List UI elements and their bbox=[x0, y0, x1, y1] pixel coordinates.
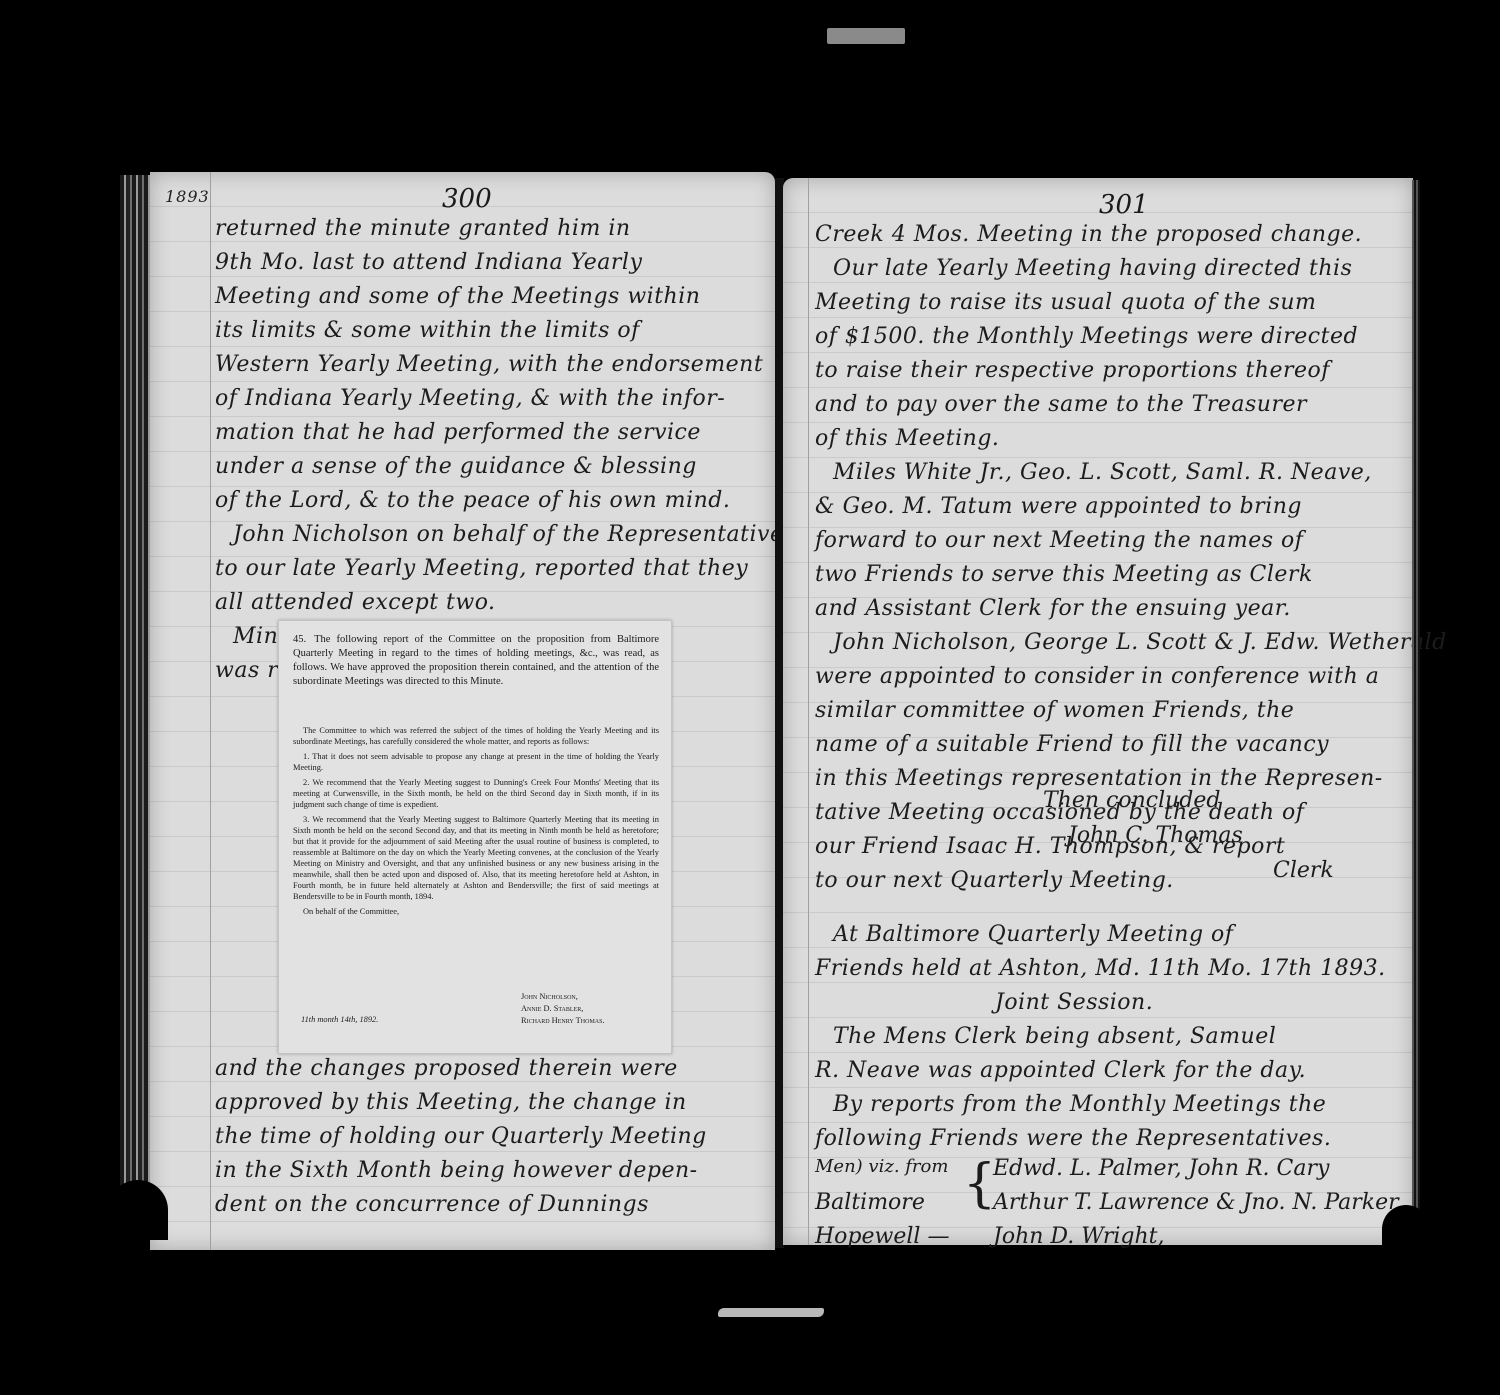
printed-minute-clipping: 45.The following report of the Committee… bbox=[278, 620, 672, 1054]
text-line: Miles White Jr., Geo. L. Scott, Saml. R.… bbox=[815, 456, 1405, 490]
margin-rule bbox=[210, 172, 211, 1250]
text-line: John Nicholson, George L. Scott & J. Edw… bbox=[815, 626, 1405, 660]
clerk-signature: John C. Thomas bbox=[1068, 823, 1243, 848]
text-line: following Friends were the Representativ… bbox=[815, 1122, 1405, 1156]
text-line: & Geo. M. Tatum were appointed to bring bbox=[815, 490, 1405, 524]
meeting-hopewell: Hopewell — bbox=[815, 1224, 949, 1249]
text-line: name of a suitable Friend to fill the va… bbox=[815, 728, 1405, 762]
margin-rule bbox=[808, 178, 809, 1245]
signatory: John Nicholson, bbox=[521, 991, 605, 1003]
brace-icon: { bbox=[963, 1158, 996, 1210]
baltimore-representatives: Edwd. L. Palmer, John R. Cary bbox=[993, 1156, 1329, 1181]
signatory: Richard Henry Thomas. bbox=[521, 1015, 605, 1027]
minute-number: 45. bbox=[293, 634, 306, 645]
clipping-paragraph: On behalf of the Committee, bbox=[293, 906, 659, 917]
heading-line: Friends held at Ashton, Md. 11th Mo. 17t… bbox=[815, 952, 1405, 986]
clipping-heading-text: The following report of the Committee on… bbox=[293, 634, 659, 687]
bottom-tab-marker bbox=[718, 1308, 824, 1317]
clipping-paragraph: 3. We recommend that the Yearly Meeting … bbox=[293, 814, 659, 902]
clipping-body: The Committee to which was referred the … bbox=[293, 725, 659, 921]
text-line: John Nicholson on behalf of the Represen… bbox=[215, 518, 765, 552]
year-annotation: 1893 bbox=[165, 187, 210, 206]
text-line: Meeting to raise its usual quota of the … bbox=[815, 286, 1405, 320]
text-line: and to pay over the same to the Treasure… bbox=[815, 388, 1405, 422]
text-line: under a sense of the guidance & blessing bbox=[215, 450, 765, 484]
text-line: to our late Yearly Meeting, reported tha… bbox=[215, 552, 765, 586]
session-subheading: Joint Session. bbox=[815, 986, 1405, 1020]
hopewell-representatives: John D. Wright, bbox=[993, 1224, 1165, 1249]
right-page: 301 Creek 4 Mos. Meeting in the proposed… bbox=[783, 178, 1413, 1245]
text-line: By reports from the Monthly Meetings the bbox=[815, 1088, 1405, 1122]
text-line: approved by this Meeting, the change in bbox=[215, 1086, 765, 1120]
joint-session-heading: At Baltimore Quarterly Meeting of Friend… bbox=[815, 918, 1405, 1156]
thumb-shadow-right bbox=[1382, 1205, 1430, 1253]
text-line: of Indiana Yearly Meeting, & with the in… bbox=[215, 382, 765, 416]
book-page-edges-right bbox=[1412, 180, 1420, 1240]
left-page-handwriting-bottom: and the changes proposed therein were ap… bbox=[215, 1052, 765, 1222]
text-line: all attended except two. bbox=[215, 586, 765, 620]
book-binding-left bbox=[120, 175, 150, 1235]
text-line: mation that he had performed the service bbox=[215, 416, 765, 450]
clipping-paragraph: 2. We recommend that the Yearly Meeting … bbox=[293, 777, 659, 810]
text-line: of this Meeting. bbox=[815, 422, 1405, 456]
clipping-heading: 45.The following report of the Committee… bbox=[293, 633, 659, 689]
text-line: forward to our next Meeting the names of bbox=[815, 524, 1405, 558]
text-line: of $1500. the Monthly Meetings were dire… bbox=[815, 320, 1405, 354]
text-line: R. Neave was appointed Clerk for the day… bbox=[815, 1054, 1405, 1088]
text-line: two Friends to serve this Meeting as Cle… bbox=[815, 558, 1405, 592]
text-line: were appointed to consider in conference… bbox=[815, 660, 1405, 694]
signatory: Annie D. Stabler, bbox=[521, 1003, 605, 1015]
clipping-signatories: John Nicholson, Annie D. Stabler, Richar… bbox=[521, 991, 605, 1027]
text-line: 9th Mo. last to attend Indiana Yearly bbox=[215, 246, 765, 280]
baltimore-representatives: Arthur T. Lawrence & Jno. N. Parker bbox=[993, 1190, 1399, 1215]
text-line: and the changes proposed therein were bbox=[215, 1052, 765, 1086]
text-line: Our late Yearly Meeting having directed … bbox=[815, 252, 1405, 286]
top-tab-marker bbox=[827, 28, 905, 44]
text-line: Creek 4 Mos. Meeting in the proposed cha… bbox=[815, 218, 1405, 252]
left-page: 1893 300 returned the minute granted him… bbox=[150, 172, 775, 1250]
representatives-intro: Men) viz. from bbox=[815, 1156, 948, 1177]
text-line: dent on the concurrence of Dunnings bbox=[215, 1188, 765, 1222]
text-line: its limits & some within the limits of bbox=[215, 314, 765, 348]
page-number: 300 bbox=[442, 184, 492, 214]
representatives-list: Men) viz. from Baltimore { Edwd. L. Palm… bbox=[815, 1156, 1405, 1266]
left-page-handwriting-top: returned the minute granted him in 9th M… bbox=[215, 212, 765, 688]
text-line: of the Lord, & to the peace of his own m… bbox=[215, 484, 765, 518]
text-line: The Mens Clerk being absent, Samuel bbox=[815, 1020, 1405, 1054]
text-line: returned the minute granted him in bbox=[215, 212, 765, 246]
heading-line: At Baltimore Quarterly Meeting of bbox=[815, 918, 1405, 952]
clipping-date: 11th month 14th, 1892. bbox=[301, 1015, 378, 1024]
text-line: and Assistant Clerk for the ensuing year… bbox=[815, 592, 1405, 626]
text-line: to raise their respective proportions th… bbox=[815, 354, 1405, 388]
clipping-paragraph: 1. That it does not seem advisable to pr… bbox=[293, 751, 659, 773]
thumb-shadow-left bbox=[108, 1180, 168, 1240]
text-line: Meeting and some of the Meetings within bbox=[215, 280, 765, 314]
text-line: in the Sixth Month being however depen- bbox=[215, 1154, 765, 1188]
text-line: Western Yearly Meeting, with the endorse… bbox=[215, 348, 765, 382]
closing-line: Then concluded bbox=[1043, 788, 1220, 813]
text-line: similar committee of women Friends, the bbox=[815, 694, 1405, 728]
meeting-baltimore: Baltimore bbox=[815, 1190, 925, 1215]
page-number: 301 bbox=[1099, 190, 1149, 220]
text-line: the time of holding our Quarterly Meetin… bbox=[215, 1120, 765, 1154]
clerk-title: Clerk bbox=[1273, 858, 1334, 883]
clipping-paragraph: The Committee to which was referred the … bbox=[293, 725, 659, 747]
joint-session-minute: At Baltimore Quarterly Meeting of Friend… bbox=[815, 918, 1405, 1266]
